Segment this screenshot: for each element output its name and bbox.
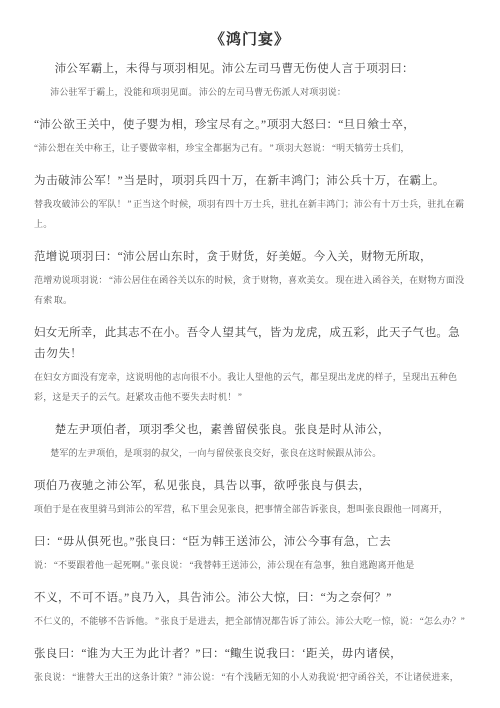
text-block-2: “沛公 欲 王 关中，使 子婴 为 相，珍宝 尽 有 之。” 项羽 大怒 曰：“… bbox=[34, 115, 466, 158]
classical-text-line: 不 义，不 可 不 语。” 良 乃 入，具 告 沛公。沛公 大 惊，曰：“为 之… bbox=[34, 588, 466, 609]
document-title: 《鸿门宴》 bbox=[34, 28, 466, 49]
text-block-4: 范增 说 项羽 曰：“沛公 居 山东 时，贪 于 财货，好 美姬。今 入关，财物… bbox=[34, 247, 466, 310]
text-block-1: 沛公 军 霸上，未 得 与 项羽 相见。沛公 左司马 曹无伤 使 人 言 于 项… bbox=[34, 59, 466, 102]
text-block-8: 曰：“毋 从 俱 死 也。” 张良 曰：“臣 为 韩王 送 沛公，沛公 今事 有… bbox=[34, 532, 466, 575]
document-page: 《鸿门宴》 沛公 军 霸上，未 得 与 项羽 相见。沛公 左司马 曹无伤 使 人… bbox=[0, 0, 500, 708]
translation-line: 不仁义的，不能够不告诉他。 ” 张良于是进去，把全部情况都告诉了沛公。沛公大吃一… bbox=[34, 611, 466, 631]
classical-text-line: “沛公 欲 王 关中，使 子婴 为 相，珍宝 尽 有 之。” 项羽 大怒 曰：“… bbox=[34, 115, 466, 136]
translation-line: 说： “不要跟着他一起死啊。” 张良说： “我替韩王送沛公，沛公现在有急事，独自… bbox=[34, 555, 466, 575]
translation-line: 替我攻破沛公的军队！ ” 正当这个时候，项羽有四十万士兵，驻扎在新丰鸿门；沛公有… bbox=[34, 194, 466, 234]
translation-line: 在妇女方面没有宠幸，这说明他的志向很不小。我让人望他的云气，都呈现出龙虎的样子，… bbox=[34, 367, 466, 407]
translation-line: 楚军的左尹项伯，是项羽的叔父，一向与留侯张良交好，张良在这时候跟从沛公。 bbox=[34, 443, 466, 463]
text-block-5: 妇女无所幸， 此其志不在小。吾令人 望 其气，皆 为 龙虎，成 五彩，此 天子气… bbox=[34, 323, 466, 407]
text-block-3: 为 击破 沛公 军！” 当 是时， 项羽 兵 四十 万，在 新丰 鸿门；沛公 兵… bbox=[34, 171, 466, 234]
classical-text-line: 范增 说 项羽 曰：“沛公 居 山东 时，贪 于 财货，好 美姬。今 入关，财物… bbox=[34, 247, 466, 268]
translation-line: 项伯于是在夜里骑马到沛公的军营，私下里会见张良，把事情全部告诉张良，想叫张良跟他… bbox=[34, 499, 466, 519]
classical-text-line: 沛公 军 霸上，未 得 与 项羽 相见。沛公 左司马 曹无伤 使 人 言 于 项… bbox=[34, 59, 466, 80]
text-block-9: 不 义，不 可 不 语。” 良 乃 入，具 告 沛公。沛公 大 惊，曰：“为 之… bbox=[34, 588, 466, 631]
translation-line: 沛公驻军于霸上，没能和项羽见面。 沛公的左司马曹无伤派人对项羽说： bbox=[34, 82, 466, 102]
classical-text-line: 张良 曰：“谁 为 大王 为 此 计 者？” 曰：“鲰生 说 我 曰：‘距 关，… bbox=[34, 644, 466, 665]
text-block-10: 张良 曰：“谁 为 大王 为 此 计 者？” 曰：“鲰生 说 我 曰：‘距 关，… bbox=[34, 644, 466, 687]
classical-text-line: 项伯 乃 夜驰 之 沛公 军，私 见 张良，具 告 以 事，欲 呼 张良 与 俱… bbox=[34, 476, 466, 497]
classical-text-line: 楚 左尹 项伯 者， 项羽 季父 也，素 善 留侯 张良。 张良 是时 从 沛公… bbox=[34, 420, 466, 441]
classical-text-line: 妇女无所幸， 此其志不在小。吾令人 望 其气，皆 为 龙虎，成 五彩，此 天子气… bbox=[34, 323, 466, 365]
classical-text-line: 曰：“毋 从 俱 死 也。” 张良 曰：“臣 为 韩王 送 沛公，沛公 今事 有… bbox=[34, 532, 466, 553]
translation-line: 张良说： “谁替大王出的这条计策？” 沛公说： “有个浅陋无知的小人劝我说‘把守… bbox=[34, 667, 466, 687]
translation-line: 范增劝说项羽说： “沛公居住在函谷关以东的时候，贪于财物，喜欢美女。 现在进入函… bbox=[34, 270, 466, 310]
classical-text-line: 为 击破 沛公 军！” 当 是时， 项羽 兵 四十 万，在 新丰 鸿门；沛公 兵… bbox=[34, 171, 466, 192]
text-block-7: 项伯 乃 夜驰 之 沛公 军，私 见 张良，具 告 以 事，欲 呼 张良 与 俱… bbox=[34, 476, 466, 519]
text-block-6: 楚 左尹 项伯 者， 项羽 季父 也，素 善 留侯 张良。 张良 是时 从 沛公… bbox=[34, 420, 466, 463]
translation-line: “沛公想在关中称王，让子婴做宰相，珍宝全都据为己有。 ” 项羽大怒说： “明天犒… bbox=[34, 138, 466, 158]
